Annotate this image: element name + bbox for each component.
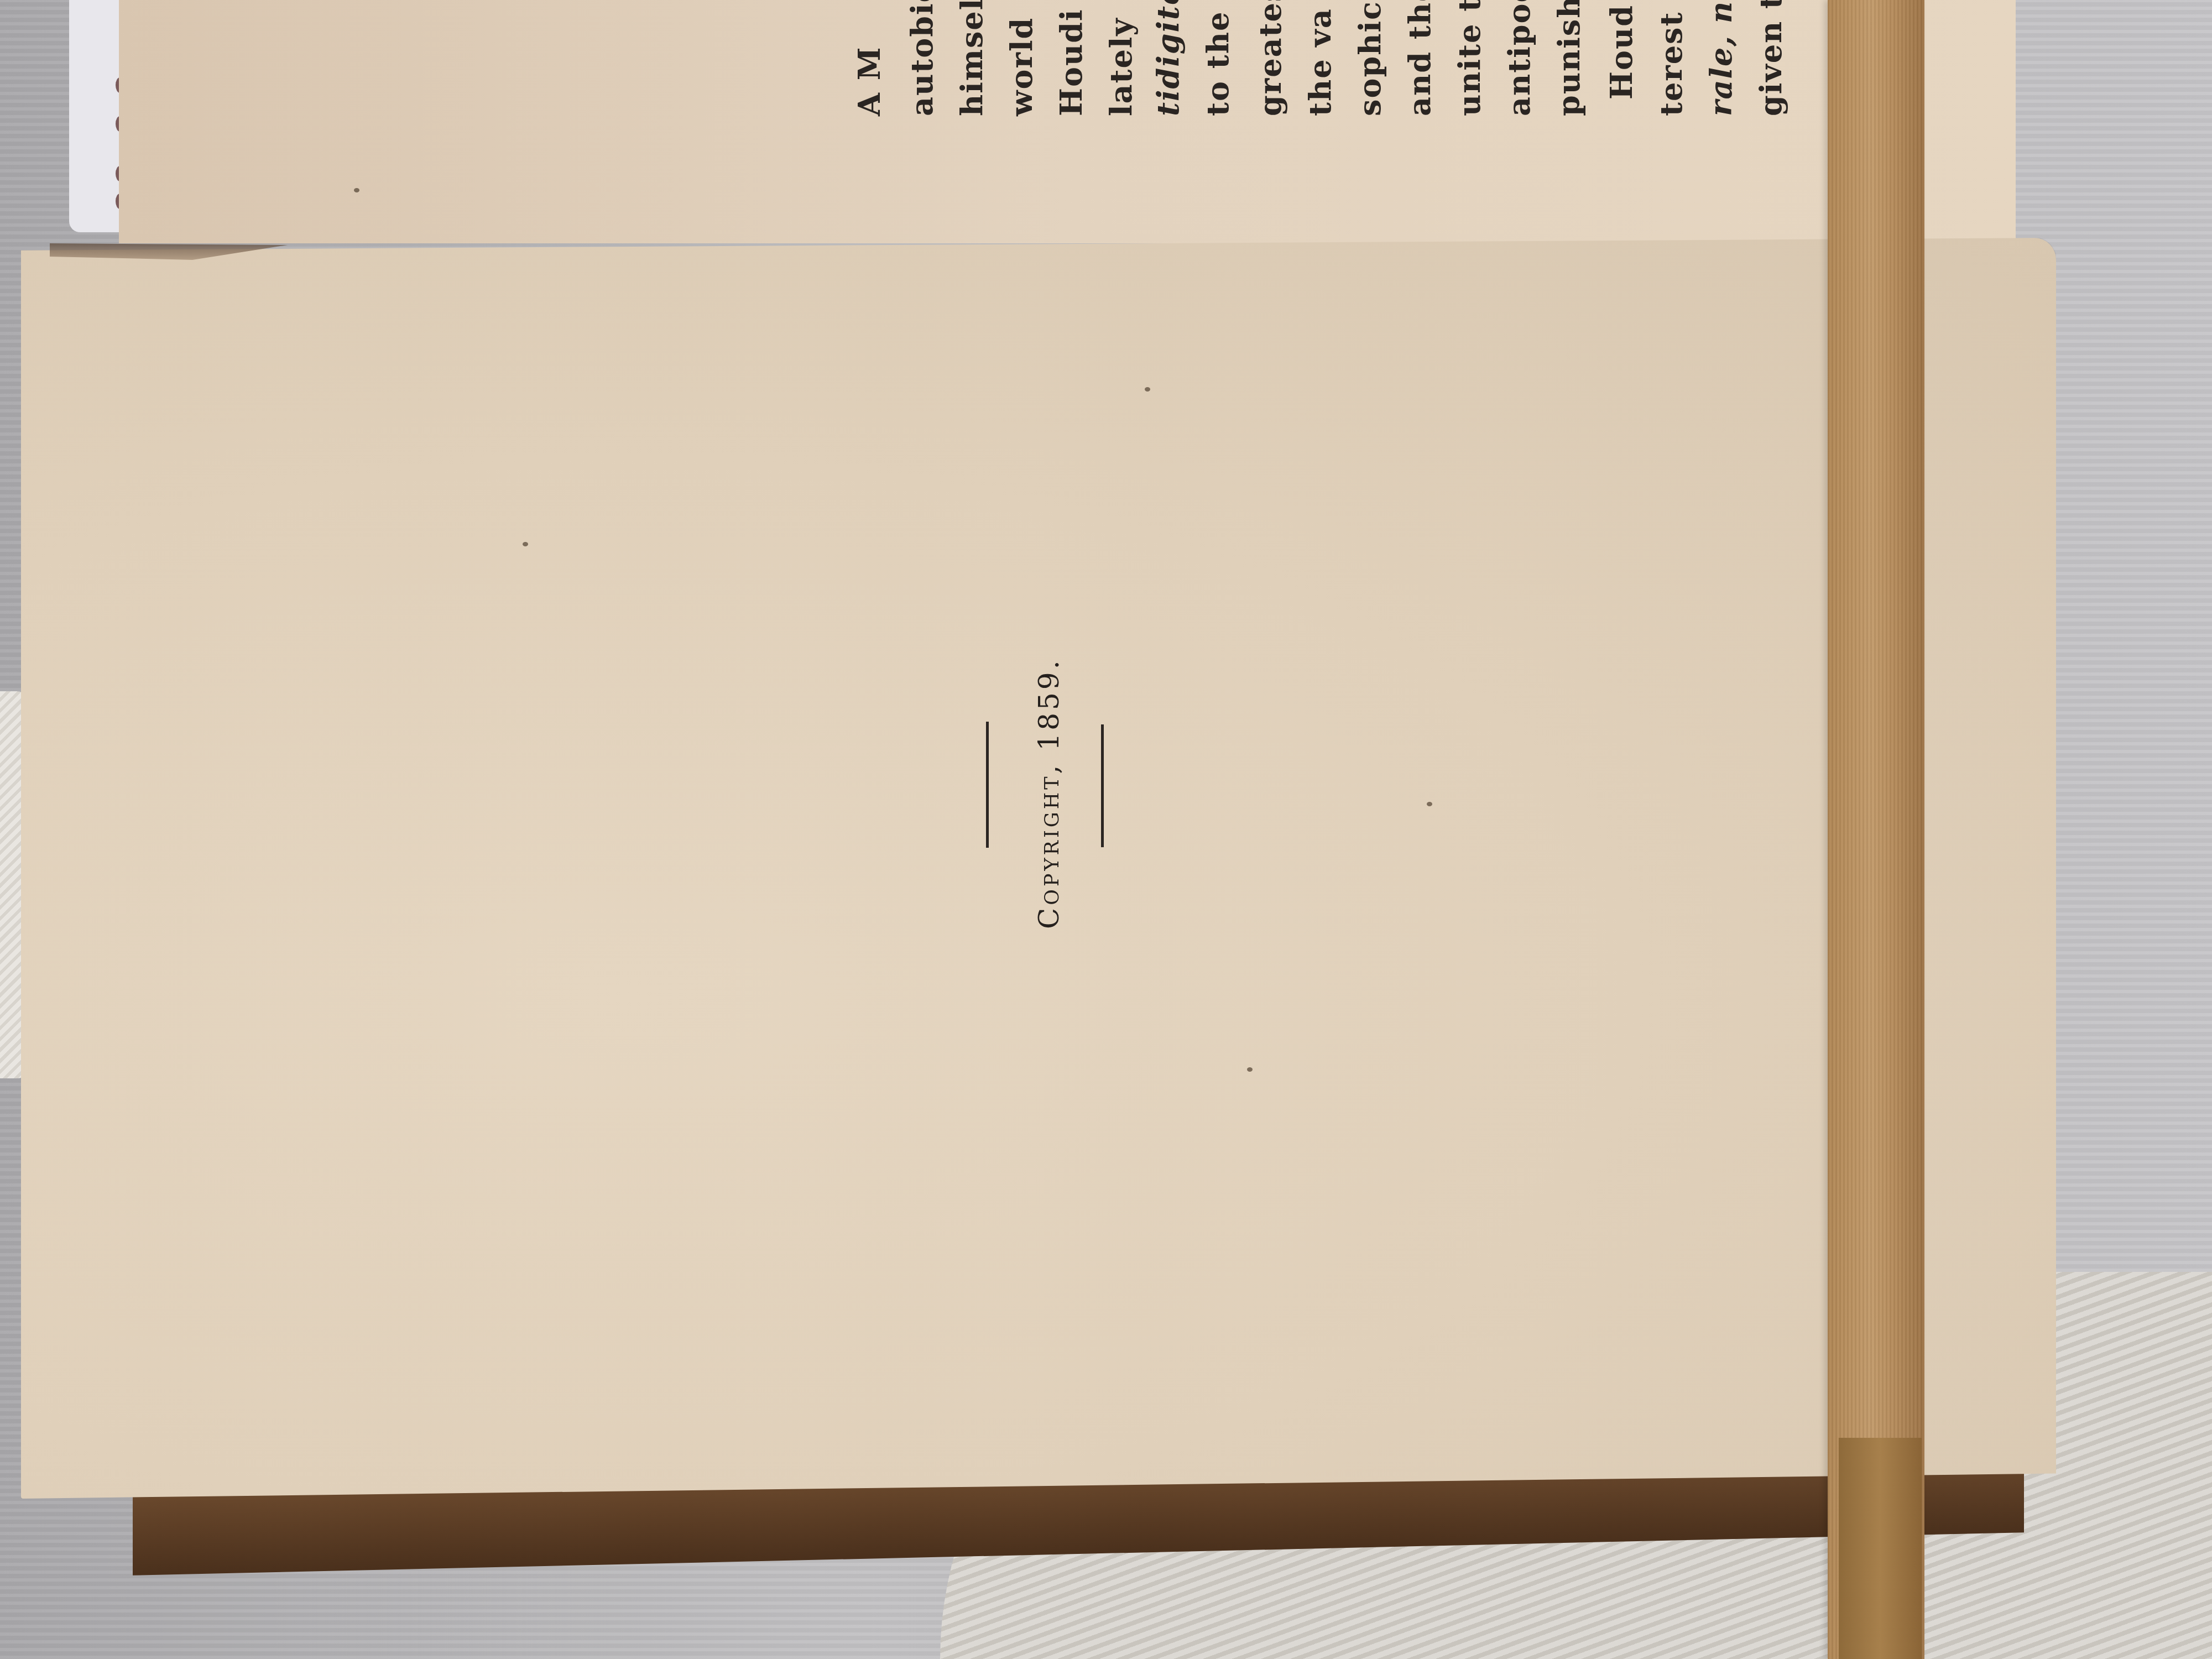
- text-line: punishe: [1551, 0, 1587, 116]
- text-line: world: [1004, 0, 1039, 116]
- text-line: greates: [1253, 0, 1288, 116]
- wooden-stick-shadow-end: [1839, 1438, 1922, 1659]
- text-line: terest i: [1653, 0, 1689, 116]
- text-line: sophica: [1352, 0, 1387, 116]
- speck: [523, 542, 528, 546]
- text-line: Houdi: [1053, 0, 1089, 116]
- text-line: and the: [1402, 0, 1437, 116]
- text-line: antipoc: [1501, 0, 1537, 116]
- text-line: Houd: [1604, 0, 1639, 100]
- text-line: himsel: [954, 0, 989, 116]
- flyleaf-paper: [69, 0, 124, 232]
- text-line: tidigite: [1150, 0, 1186, 116]
- copyright-notice: Copyright, 1859.: [1033, 641, 1065, 929]
- speck: [354, 188, 359, 192]
- text-line: rale, no: [1703, 0, 1739, 116]
- top-page-text: A M autobio himsel world Houdi lately ti…: [852, 0, 1836, 122]
- text-line: autobio: [904, 0, 940, 116]
- rule-line-left: [986, 722, 989, 848]
- text-line: unite t: [1452, 0, 1487, 116]
- speck: [1247, 1067, 1253, 1072]
- wooden-stick: [1828, 0, 1924, 1659]
- text-line: lately: [1103, 0, 1139, 116]
- text-line: given to: [1753, 0, 1788, 116]
- rule-line-right: [1101, 724, 1104, 847]
- text-line: to the: [1200, 0, 1235, 116]
- text-line: the va: [1302, 0, 1338, 116]
- text-line: A M: [852, 0, 887, 116]
- speck: [1427, 802, 1432, 806]
- speck: [1145, 387, 1150, 392]
